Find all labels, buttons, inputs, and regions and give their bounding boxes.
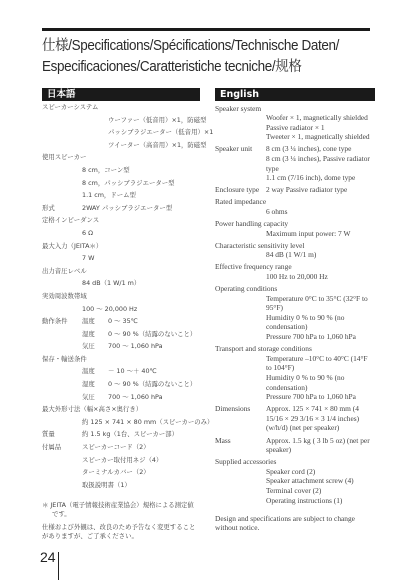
spec-value: 0 ～ 35℃ xyxy=(108,317,138,325)
english-column: English Speaker system Woofer × 1, magne… xyxy=(215,88,375,532)
spec-label: Dimensions xyxy=(215,404,266,414)
spec-value: 約 1.5 kg（1台、スピーカー部） xyxy=(82,430,178,438)
spec-value: ターミナルカバー（2） xyxy=(42,466,200,479)
spec-value: 100 ～ 20,000 Hz xyxy=(42,303,200,316)
spec-label: Enclosure type xyxy=(215,185,266,195)
spec-value: 8 cm (3 ¼ inches), Passive radiator type xyxy=(266,154,374,173)
spec-value: 6 Ω xyxy=(42,227,200,240)
spec-row: MassApprox. 1.5 kg ( 3 lb 5 oz) (net per… xyxy=(215,436,375,455)
spec-label: Speaker system xyxy=(215,104,375,114)
spec-value: 約 125 × 741 × 80 mm（スピーカーのみ） xyxy=(42,416,200,429)
spec-value: Woofer × 1, magnetically shielded xyxy=(215,113,375,123)
spec-row: Speaker unit8 cm (3 ¼ inches), cone type… xyxy=(215,144,375,182)
spec-sublabel: 温度 xyxy=(82,315,108,328)
spec-values: 8 cm (3 ¼ inches), cone type8 cm (3 ¼ in… xyxy=(266,144,374,182)
notice: 仕様および外観は、改良のため予告なく変更することがありますが、ご了承ください。 xyxy=(42,523,200,541)
spec-label: スピーカーシステム xyxy=(42,101,200,114)
spec-row: 気圧700 ～ 1,060 hPa xyxy=(42,391,200,404)
spec-sublabel: 温度 xyxy=(82,365,108,378)
top-rule xyxy=(42,28,370,31)
spec-label: Transport and storage conditions xyxy=(215,344,375,354)
spec-label: Characteristic sensitivity level xyxy=(215,241,375,251)
spec-row: 質量約 1.5 kg（1台、スピーカー部） xyxy=(42,428,200,441)
spec-value: － 10 ～＋ 40℃ xyxy=(108,367,157,375)
spec-row: 付属品スピーカーコード（2） xyxy=(42,441,200,454)
spec-value: Pressure 700 hPa to 1,060 hPa xyxy=(215,392,375,402)
spec-value: Humidity 0 % to 90 % (no condensation) xyxy=(215,373,375,392)
spec-value: 1.1 cm (7/16 inch), dome type xyxy=(266,173,374,183)
spec-value: 84 dB (1 W/1 m) xyxy=(215,250,375,260)
spec-value: Approx. 125 × 741 × 80 mm (4 15/16 × 29 … xyxy=(266,404,374,433)
spec-label: 付属品 xyxy=(42,441,82,454)
page-number-rule xyxy=(58,552,59,580)
spec-value: 100 Hz to 20,000 Hz xyxy=(215,272,375,282)
spec-label: Operating conditions xyxy=(215,284,375,294)
spec-value: Maximum input power: 7 W xyxy=(215,229,375,239)
spec-value: 6 ohms xyxy=(215,207,375,217)
spec-value: Tweeter × 1, magnetically shielded xyxy=(215,132,375,142)
spec-value: スピーカー取付用ネジ（4） xyxy=(42,454,200,467)
japanese-header: 日本語 xyxy=(42,88,200,101)
spec-value: Approx. 1.5 kg ( 3 lb 5 oz) (net per spe… xyxy=(266,436,374,455)
spec-label: 保存・輸送条件 xyxy=(42,353,200,366)
spec-sublabel: 気圧 xyxy=(82,340,108,353)
spec-value: 8 cm，コーン型 xyxy=(42,164,200,177)
spec-value: Temperature 0°C to 35°C (32°F to 95°F) xyxy=(215,294,375,313)
spec-value: 0 ～ 90 %（結露のないこと） xyxy=(108,330,196,338)
spec-sublabel: 気圧 xyxy=(82,391,108,404)
spec-label: 質量 xyxy=(42,428,82,441)
spec-sublabel: 湿度 xyxy=(82,378,108,391)
spec-value: Operating instructions (1) xyxy=(215,496,375,506)
spec-row: 湿度0 ～ 90 %（結露のないこと） xyxy=(42,328,200,341)
spec-label: Rated impedance xyxy=(215,197,375,207)
spec-label: Speaker unit xyxy=(215,144,266,154)
spec-value: Pressure 700 hPa to 1,060 hPa xyxy=(215,332,375,342)
spec-value: 2 way Passive radiator type xyxy=(266,185,347,194)
spec-value: Speaker attachment screw (4) xyxy=(215,476,375,486)
spec-label: Supplied accessories xyxy=(215,457,375,467)
title-line-2: Especificaciones/Caratteristiche tecnich… xyxy=(42,57,358,78)
footnote: ＊ JEITA（電子情報技術産業協会）規格による測定値です。 xyxy=(42,501,200,519)
japanese-notes: ＊ JEITA（電子情報技術産業協会）規格による測定値です。 仕様および外観は、… xyxy=(42,501,200,541)
spec-sublabel: 湿度 xyxy=(82,328,108,341)
title-line-1: 仕様/Specifications/Spécifications/Technis… xyxy=(42,36,358,57)
spec-value: 2WAY パッシブラジエーター型 xyxy=(82,204,172,212)
spec-value: 8 cm (3 ¼ inches), cone type xyxy=(266,144,374,154)
spec-label: 出力音圧レベル xyxy=(42,265,200,278)
spec-value: 84 dB（1 W/1 m） xyxy=(42,277,200,290)
spec-row: 気圧700 ～ 1,060 hPa xyxy=(42,340,200,353)
page-title: 仕様/Specifications/Spécifications/Technis… xyxy=(42,36,358,78)
spec-label: 使用スピーカー xyxy=(42,151,200,164)
spec-label: Mass xyxy=(215,436,266,446)
spec-label: Effective frequency range xyxy=(215,262,375,272)
english-header: English xyxy=(215,88,375,101)
spec-row: 動作条件温度0 ～ 35℃ xyxy=(42,315,200,328)
spec-label: 定格インピーダンス xyxy=(42,214,200,227)
spec-label: Power handling capacity xyxy=(215,219,375,229)
spec-value: 取扱説明書（1） xyxy=(42,479,200,492)
spec-label: 最大入力（JEITA＊） xyxy=(42,240,200,253)
spec-label: 最大外形寸法（幅×高さ×奥行き） xyxy=(42,403,200,416)
spec-value: 700 ～ 1,060 hPa xyxy=(108,342,163,350)
spec-row: 温度－ 10 ～＋ 40℃ xyxy=(42,365,200,378)
notice: Design and specifications are subject to… xyxy=(215,514,375,532)
spec-value: Speaker cord (2) xyxy=(215,467,375,477)
spec-value: Temperature –10°C to 40°C (14°F to 104°F… xyxy=(215,354,375,373)
spec-value: 7 W xyxy=(42,252,200,265)
spec-value: パッシブラジエーター（低音用）×1 xyxy=(42,126,200,139)
spec-value: ウーファー（低音用）×1，防磁型 xyxy=(42,114,200,127)
spec-value: 700 ～ 1,060 hPa xyxy=(108,393,163,401)
spec-value: ツイーター（高音用）×1，防磁型 xyxy=(42,139,200,152)
spec-value: Humidity 0 % to 90 % (no condensation) xyxy=(215,313,375,332)
japanese-column: 日本語 スピーカーシステム ウーファー（低音用）×1，防磁型 パッシブラジエータ… xyxy=(42,88,200,541)
spec-row: 形式2WAY パッシブラジエーター型 xyxy=(42,202,200,215)
page-number: 24 xyxy=(40,549,56,565)
spec-row: 湿度0 ～ 90 %（結露のないこと） xyxy=(42,378,200,391)
spec-label: 形式 xyxy=(42,202,82,215)
spec-label: 実効周波数帯域 xyxy=(42,290,200,303)
spec-value: 1.1 cm，ドーム型 xyxy=(42,189,200,202)
spec-value: Terminal cover (2) xyxy=(215,486,375,496)
spec-value: 8 cm，パッシブラジエーター型 xyxy=(42,177,200,190)
spec-row: DimensionsApprox. 125 × 741 × 80 mm (4 1… xyxy=(215,404,375,433)
spec-label: 動作条件 xyxy=(42,315,82,328)
spec-row: Enclosure type2 way Passive radiator typ… xyxy=(215,185,375,195)
spec-value: 0 ～ 90 %（結露のないこと） xyxy=(108,380,196,388)
spec-value: スピーカーコード（2） xyxy=(82,443,150,451)
spec-value: Passive radiator × 1 xyxy=(215,123,375,133)
